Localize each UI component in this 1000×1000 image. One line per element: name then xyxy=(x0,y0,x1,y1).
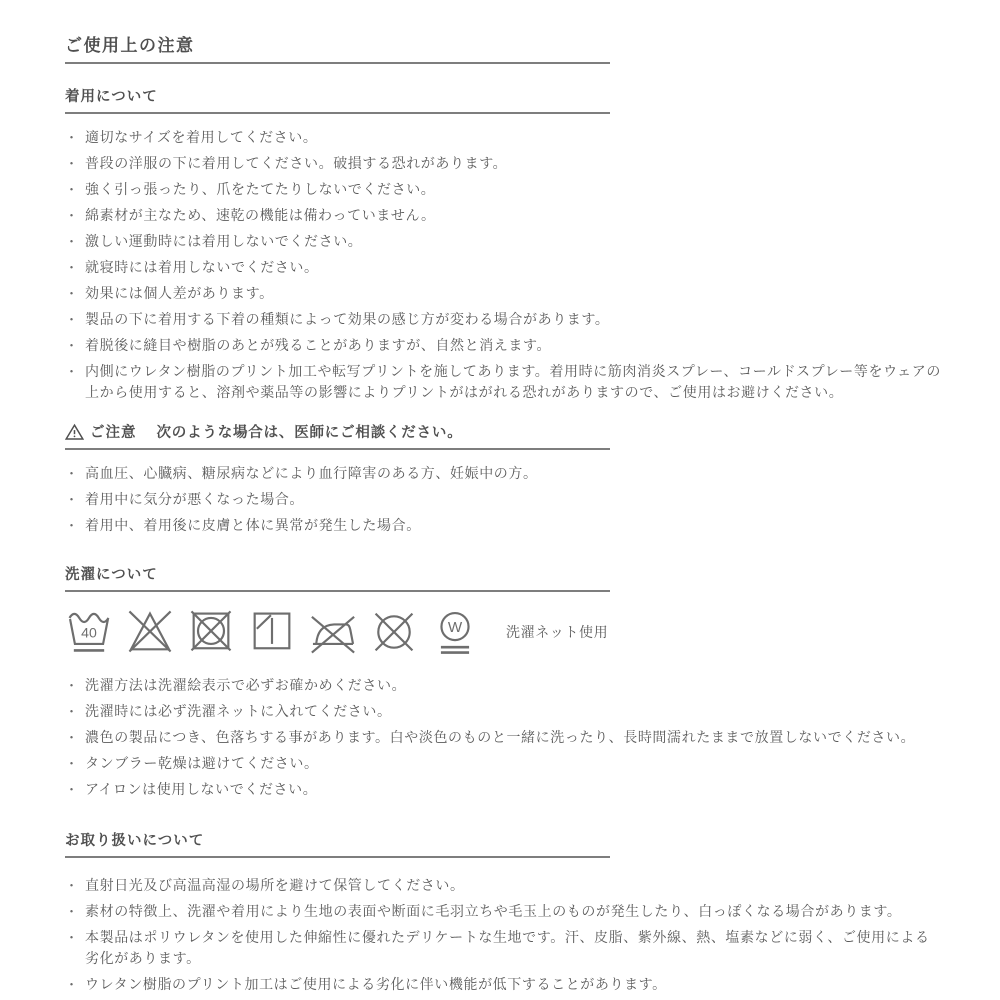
note-text: 着脱後に縫目や樹脂のあとが残ることがありますが、自然と消えます。 xyxy=(85,335,551,356)
note-text: 強く引っ張ったり、爪をたてたりしないでください。 xyxy=(85,179,435,200)
bullet-marker: ・ xyxy=(65,779,85,800)
handling-heading: お取り扱いについて xyxy=(65,832,942,850)
list-item: ・高血圧、心臓病、糖尿病などにより血行障害のある方、妊娠中の方。 xyxy=(65,460,942,486)
note-text: 濃色の製品につき、色落ちする事があります。白や淡色のものと一緒に洗ったり、長時間… xyxy=(85,727,915,748)
wearing-heading: 着用について xyxy=(65,88,942,106)
bullet-marker: ・ xyxy=(65,361,85,382)
bullet-marker: ・ xyxy=(65,727,85,748)
caution-label: ご注意 xyxy=(90,421,137,442)
bullet-marker: ・ xyxy=(65,205,85,226)
laundry-symbols-row: 40 xyxy=(65,606,942,658)
washing-list: ・洗濯方法は洗濯絵表示で必ずお確かめください。 ・洗濯時には必ず洗濯ネットに入れ… xyxy=(65,672,942,802)
note-text: タンブラー乾燥は避けてください。 xyxy=(85,753,319,774)
note-text: 効果には個人差があります。 xyxy=(85,283,274,304)
section-divider xyxy=(65,856,610,858)
section-divider xyxy=(65,448,610,450)
bullet-marker: ・ xyxy=(65,901,85,922)
list-item: ・着用中、着用後に皮膚と体に異常が発生した場合。 xyxy=(65,512,942,538)
warning-triangle-icon xyxy=(65,423,84,441)
note-text: 本製品はポリウレタンを使用した伸縮性に優れたデリケートな生地です。汗、皮脂、紫外… xyxy=(85,927,942,969)
shade-line-dry-icon xyxy=(248,606,296,658)
bullet-marker: ・ xyxy=(65,974,85,995)
bullet-marker: ・ xyxy=(65,753,85,774)
bullet-marker: ・ xyxy=(65,257,85,278)
note-text: 着用中に気分が悪くなった場合。 xyxy=(85,489,304,510)
list-item: ・普段の洋服の下に着用してください。破損する恐れがあります。 xyxy=(65,150,942,176)
no-tumble-dry-icon xyxy=(187,606,235,658)
no-bleach-icon xyxy=(126,606,174,658)
note-text: 内側にウレタン樹脂のプリント加工や転写プリントを施してあります。着用時に筋肉消炎… xyxy=(85,361,942,403)
list-item: ・効果には個人差があります。 xyxy=(65,280,942,306)
list-item: ・内側にウレタン樹脂のプリント加工や転写プリントを施してあります。着用時に筋肉消… xyxy=(65,358,942,405)
bullet-marker: ・ xyxy=(65,153,85,174)
machine-wash-40-gentle-icon: 40 xyxy=(65,606,113,658)
list-item: ・適切なサイズを着用してください。 xyxy=(65,124,942,150)
note-text: アイロンは使用しないでください。 xyxy=(85,779,317,800)
section-divider xyxy=(65,112,610,114)
wet-clean-very-gentle-icon: W xyxy=(431,606,479,658)
note-text: 洗濯方法は洗濯絵表示で必ずお確かめください。 xyxy=(85,675,406,696)
no-dry-clean-icon xyxy=(370,606,418,658)
section-wearing: 着用について ・適切なサイズを着用してください。 ・普段の洋服の下に着用してくだ… xyxy=(65,88,942,405)
bullet-marker: ・ xyxy=(65,231,85,252)
list-item: ・濃色の製品につき、色落ちする事があります。白や淡色のものと一緒に洗ったり、長時… xyxy=(65,724,942,750)
section-washing: 洗濯について 40 xyxy=(65,566,942,802)
bullet-marker: ・ xyxy=(65,489,85,510)
list-item: ・就寝時には着用しないでください。 xyxy=(65,254,942,280)
section-handling: お取り扱いについて ・直射日光及び高温高湿の場所を避けて保管してください。 ・素… xyxy=(65,832,942,997)
list-item: ・本製品はポリウレタンを使用した伸縮性に優れたデリケートな生地です。汗、皮脂、紫… xyxy=(65,924,942,971)
note-text: ウレタン樹脂のプリント加工はご使用による劣化に伴い機能が低下することがあります。 xyxy=(85,974,667,995)
wearing-list: ・適切なサイズを着用してください。 ・普段の洋服の下に着用してください。破損する… xyxy=(65,124,942,405)
bullet-marker: ・ xyxy=(65,283,85,304)
bullet-marker: ・ xyxy=(65,463,85,484)
note-text: 直射日光及び高温高湿の場所を避けて保管してください。 xyxy=(85,875,465,896)
list-item: ・直射日光及び高温高湿の場所を避けて保管してください。 xyxy=(65,872,942,898)
caution-text: 次のような場合は、医師にご相談ください。 xyxy=(157,421,463,442)
list-item: ・着用中に気分が悪くなった場合。 xyxy=(65,486,942,512)
list-item: ・綿素材が主なため、速乾の機能は備わっていません。 xyxy=(65,202,942,228)
list-item: ・ウレタン樹脂のプリント加工はご使用による劣化に伴い機能が低下することがあります… xyxy=(65,971,942,997)
note-text: 高血圧、心臓病、糖尿病などにより血行障害のある方、妊娠中の方。 xyxy=(85,463,538,484)
note-text: 就寝時には着用しないでください。 xyxy=(85,257,319,278)
list-item: ・製品の下に着用する下着の種類によって効果の感じ方が変わる場合があります。 xyxy=(65,306,942,332)
svg-text:40: 40 xyxy=(81,624,97,640)
note-text: 製品の下に着用する下着の種類によって効果の感じ方が変わる場合があります。 xyxy=(85,309,609,330)
bullet-marker: ・ xyxy=(65,927,85,948)
bullet-marker: ・ xyxy=(65,127,85,148)
handling-list: ・直射日光及び高温高湿の場所を避けて保管してください。 ・素材の特徴上、洗濯や着… xyxy=(65,872,942,997)
bullet-marker: ・ xyxy=(65,675,85,696)
list-item: ・着脱後に縫目や樹脂のあとが残ることがありますが、自然と消えます。 xyxy=(65,332,942,358)
bullet-marker: ・ xyxy=(65,875,85,896)
caution-list: ・高血圧、心臓病、糖尿病などにより血行障害のある方、妊娠中の方。 ・着用中に気分… xyxy=(65,460,942,538)
no-iron-icon xyxy=(309,606,357,658)
list-item: ・洗濯時には必ず洗濯ネットに入れてください。 xyxy=(65,698,942,724)
caution-heading: ご注意 次のような場合は、医師にご相談ください。 xyxy=(65,421,942,442)
care-instructions-page: ご使用上の注意 着用について ・適切なサイズを着用してください。 ・普段の洋服の… xyxy=(0,0,1000,1000)
list-item: ・強く引っ張ったり、爪をたてたりしないでください。 xyxy=(65,176,942,202)
bullet-marker: ・ xyxy=(65,309,85,330)
bullet-marker: ・ xyxy=(65,701,85,722)
list-item: ・タンブラー乾燥は避けてください。 xyxy=(65,750,942,776)
note-text: 素材の特徴上、洗濯や着用により生地の表面や断面に毛羽立ちや毛玉上のものが発生した… xyxy=(85,901,901,922)
note-text: 綿素材が主なため、速乾の機能は備わっていません。 xyxy=(85,205,436,226)
note-text: 着用中、着用後に皮膚と体に異常が発生した場合。 xyxy=(85,515,421,536)
note-text: 激しい運動時には着用しないでください。 xyxy=(85,231,362,252)
list-item: ・素材の特徴上、洗濯や着用により生地の表面や断面に毛羽立ちや毛玉上のものが発生し… xyxy=(65,898,942,924)
list-item: ・洗濯方法は洗濯絵表示で必ずお確かめください。 xyxy=(65,672,942,698)
note-text: 普段の洋服の下に着用してください。破損する恐れがあります。 xyxy=(85,153,507,174)
page-title: ご使用上の注意 xyxy=(65,36,942,56)
laundry-net-note: 洗濯ネット使用 xyxy=(506,622,608,642)
title-divider xyxy=(65,62,610,64)
list-item: ・アイロンは使用しないでください。 xyxy=(65,776,942,802)
section-caution: ご注意 次のような場合は、医師にご相談ください。 ・高血圧、心臓病、糖尿病などに… xyxy=(65,421,942,538)
note-text: 洗濯時には必ず洗濯ネットに入れてください。 xyxy=(85,701,392,722)
list-item: ・激しい運動時には着用しないでください。 xyxy=(65,228,942,254)
section-divider xyxy=(65,590,610,592)
bullet-marker: ・ xyxy=(65,179,85,200)
washing-heading: 洗濯について xyxy=(65,566,942,584)
svg-text:W: W xyxy=(448,619,463,636)
bullet-marker: ・ xyxy=(65,515,85,536)
note-text: 適切なサイズを着用してください。 xyxy=(85,127,317,148)
bullet-marker: ・ xyxy=(65,335,85,356)
